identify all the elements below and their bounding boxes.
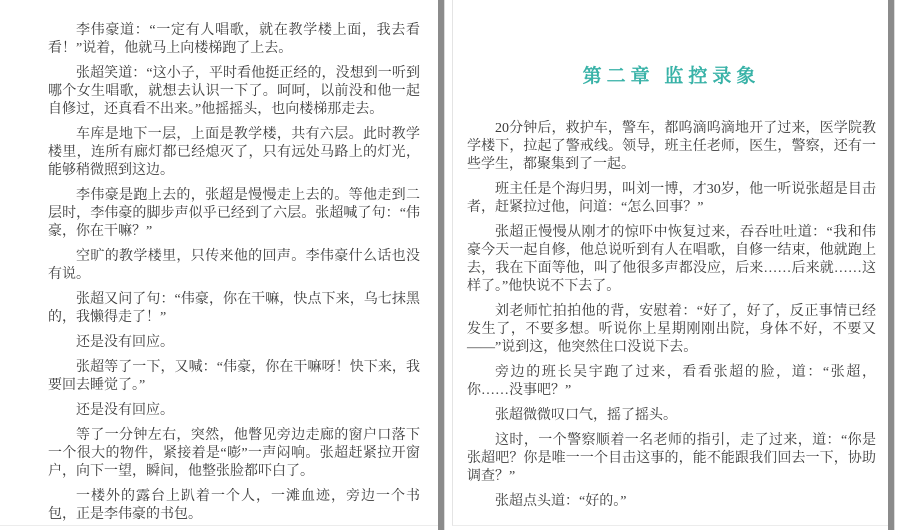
chapter-title: 第二章 监控录象	[467, 64, 876, 90]
paragraph: 李伟豪道：“一定有人唱歌，就在教学楼上面，我去看看！”说着，他就马上向楼梯跑了上…	[48, 22, 420, 58]
paragraph: 车库是地下一层，上面是教学楼，共有六层。此时教学楼里，连所有廊灯都已经熄灭了，只…	[48, 126, 420, 180]
right-page-scrollbar[interactable]	[888, 0, 895, 530]
paragraph: 班主任是个海归男，叫刘一博，才30岁，他一听说张超是目击者，赶紧拉过他，问道：“…	[467, 181, 876, 217]
paragraph: 张超点头道：“好的。”	[467, 493, 876, 511]
paragraph: 这时，一个警察顺着一名老师的指引，走了过来，道：“你是张超吧？你是唯一一个目击这…	[467, 432, 876, 486]
paragraph: 张超微微叹口气，摇了摇头。	[467, 407, 876, 425]
paragraph: 等了一分钟左右，突然，他瞥见旁边走廊的窗户口落下一个很大的物件，紧接着是“嘭”一…	[48, 427, 420, 481]
paragraph: 张超又问了句：“伟豪，你在干嘛，快点下来，乌七抹黑的，我懒得走了！”	[48, 291, 420, 327]
paragraph: 旁边的班长吴宇跑了过来，看看张超的脸，道：“张超，你……没事吧？”	[467, 364, 876, 400]
paragraph: 20分钟后，救护车，警车，都呜滴呜滴地开了过来，医学院教学楼下，拉起了警戒线。领…	[467, 120, 876, 174]
paragraph: 李伟豪是跑上去的，张超是慢慢走上去的。等他走到二层时，李伟豪的脚步声似乎已经到了…	[48, 187, 420, 241]
paragraph: 还是没有回应。	[48, 334, 420, 352]
paragraph: 张超正慢慢从刚才的惊吓中恢复过来，吞吞吐吐道：“我和伟豪今天一起自修，他总说听到…	[467, 224, 876, 296]
paragraph: 张超等了一下，又喊：“伟豪，你在干嘛呀！快下来，我要回去睡觉了。”	[48, 359, 420, 395]
right-page-text: 20分钟后，救护车，警车，都呜滴呜滴地开了过来，医学院教学楼下，拉起了警戒线。领…	[467, 120, 876, 511]
book-reader: 李伟豪道：“一定有人唱歌，就在教学楼上面，我去看看！”说着，他就马上向楼梯跑了上…	[0, 0, 900, 530]
left-page-text: 李伟豪道：“一定有人唱歌，就在教学楼上面，我去看看！”说着，他就马上向楼梯跑了上…	[48, 22, 420, 524]
paragraph: 张超笑道：“这小子，平时看他挺正经的，没想到一听到哪个女生唱歌，就想去认识一下了…	[48, 65, 420, 119]
right-page: 第二章 监控录象 20分钟后，救护车，警车，都呜滴呜滴地开了过来，医学院教学楼下…	[452, 0, 888, 526]
left-page: 李伟豪道：“一定有人唱歌，就在教学楼上面，我去看看！”说着，他就马上向楼梯跑了上…	[0, 0, 438, 526]
paragraph: 还是没有回应。	[48, 402, 420, 420]
paragraph: 一楼外的露台上趴着一个人，一滩血迹，旁边一个书包，正是李伟豪的书包。	[48, 488, 420, 524]
paragraph: 空旷的教学楼里，只传来他的回声。李伟豪什么话也没有说。	[48, 248, 420, 284]
paragraph: 刘老师忙拍拍他的背，安慰着：“好了，好了，反正事情已经发生了，不要多想。听说你上…	[467, 303, 876, 357]
left-page-scrollbar[interactable]	[438, 0, 445, 530]
